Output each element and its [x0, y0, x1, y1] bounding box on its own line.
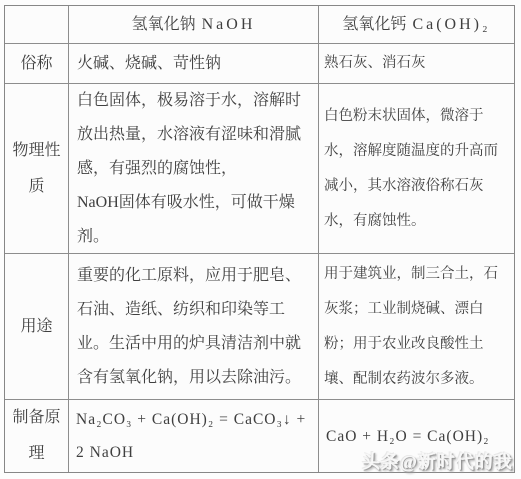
caoh2-formula: Ca(OH)₂	[412, 8, 490, 42]
caoh2-name-cn: 氢氧化钙	[342, 8, 406, 42]
naoh-name-cn: 氢氧化钠	[132, 8, 196, 42]
preparation-naoh-equation: Na₂CO₃ + Ca(OH)₂ = CaCO₃↓ + 2 NaOH	[68, 399, 318, 472]
row-label-uses: 用途	[5, 253, 68, 399]
common-name-caoh2-cell: 熟石灰、消石灰	[318, 43, 514, 83]
common-name-naoh-cell: 火碱、烧碱、苛性钠	[68, 43, 318, 83]
physical-naoh-cell: 白色固体，极易溶于水，溶解时放出热量，水溶液有涩味和滑腻感，有强烈的腐蚀性， N…	[68, 83, 318, 253]
naoh-formula: NaOH	[202, 8, 256, 42]
scanned-textbook-page: 氢氧化钠 NaOH 氢氧化钙 Ca(OH)₂ 俗称 火碱、烧碱、苛性钠 熟石灰、…	[0, 0, 521, 479]
row-label-preparation: 制备原理	[5, 399, 68, 472]
uses-caoh2-cell: 用于建筑业，制三合土，石灰浆；工业制烧碱、漂白粉；用于农业改良酸性土壤、配制农药…	[318, 253, 514, 399]
uses-naoh-cell: 重要的化工原料，应用于肥皂、石油、造纸、纺织和印染等工业。生活中用的炉具清洁剂中…	[68, 253, 318, 399]
hydroxide-comparison-table: 氢氧化钠 NaOH 氢氧化钙 Ca(OH)₂ 俗称 火碱、烧碱、苛性钠 熟石灰、…	[4, 5, 515, 473]
header-naoh-cell: 氢氧化钠 NaOH	[68, 6, 318, 43]
header-caoh2-cell: 氢氧化钙 Ca(OH)₂	[318, 6, 514, 43]
header-blank-cell	[5, 6, 68, 43]
row-label-physical: 物理性质	[5, 83, 68, 253]
physical-naoh-paragraph-2: NaOH固体有吸水性，可做干燥剂。	[77, 186, 314, 254]
physical-naoh-paragraph-1: 白色固体，极易溶于水，溶解时放出热量，水溶液有涩味和滑腻感，有强烈的腐蚀性，	[77, 84, 314, 186]
row-label-common-name: 俗称	[5, 43, 68, 83]
physical-caoh2-cell: 白色粉末状固体，微溶于水，溶解度随温度的升高而减小，其水溶液俗称石灰水，有腐蚀性…	[318, 83, 514, 253]
toutiao-watermark: 头条@新时代的我	[362, 448, 513, 474]
